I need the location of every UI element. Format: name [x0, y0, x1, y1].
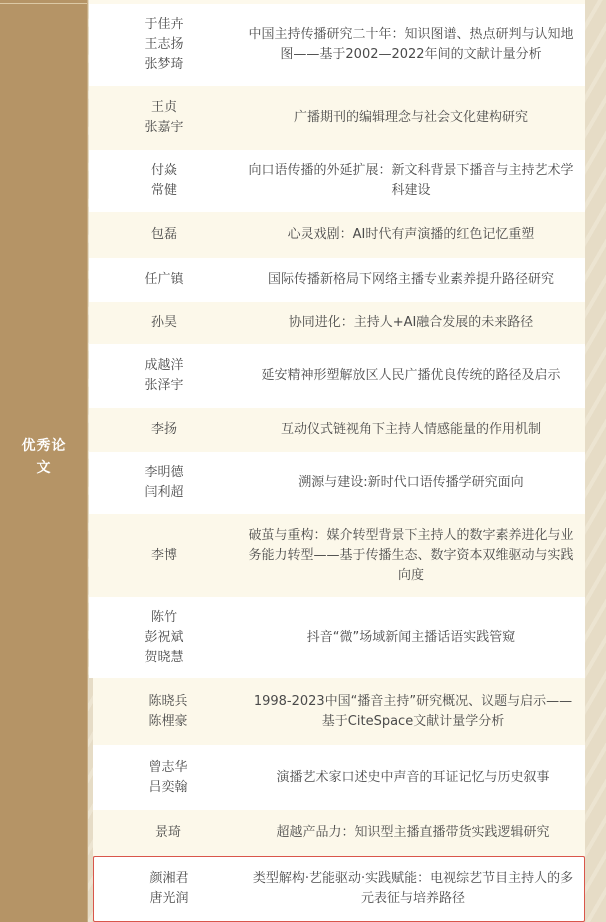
- paper-title: 抖音“微”场域新闻主播话语实践管窥: [239, 628, 585, 648]
- authors-cell: 成越洋 张泽宇: [89, 356, 239, 396]
- paper-title: 中国主持传播研究二十年：知识图谱、热点研判与认知地图——基于2002—2022年…: [239, 25, 585, 65]
- paper-title: 心灵戏剧：AI时代有声演播的红色记忆重塑: [239, 225, 585, 245]
- author-name: 李博: [89, 546, 239, 566]
- authors-cell: 任广镇: [89, 270, 239, 290]
- author-name: 陈梩豪: [93, 712, 243, 732]
- paper-title: 类型解构·艺能驱动·实践赋能：电视综艺节目主持人的多元表征与培养路径: [244, 869, 584, 909]
- paper-title: 国际传播新格局下网络主播专业素养提升路径研究: [239, 270, 585, 290]
- author-name: 曾志华: [93, 758, 243, 778]
- author-name: 李明德: [89, 463, 239, 483]
- paper-title: 超越产品力：知识型主播直播带货实践逻辑研究: [243, 823, 585, 843]
- paper-title: 1998-2023中国“播音主持”研究概况、议题与启示——基于CiteSpace…: [243, 692, 585, 732]
- author-name: 包磊: [89, 225, 239, 245]
- table-row: 曾志华 吕奕翰 演播艺术家口述史中声音的耳证记忆与历史叙事: [93, 745, 585, 810]
- paper-title: 演播艺术家口述史中声音的耳证记忆与历史叙事: [243, 768, 585, 788]
- paper-title: 向口语传播的外延扩展：新文科背景下播音与主持艺术学科建设: [239, 161, 585, 201]
- divider: [0, 3, 88, 4]
- authors-cell: 于佳卉 王志扬 张梦琦: [89, 15, 239, 75]
- author-name: 景琦: [93, 823, 243, 843]
- authors-cell: 颜湘君 唐光润: [94, 869, 244, 909]
- author-name: 陈竹: [89, 608, 239, 628]
- author-name: 付焱: [89, 161, 239, 181]
- author-name: 李扬: [89, 420, 239, 440]
- author-name: 张嘉宇: [89, 118, 239, 138]
- paper-title: 溯源与建设:新时代口语传播学研究面向: [239, 473, 585, 493]
- paper-title: 广播期刊的编辑理念与社会文化建构研究: [239, 108, 585, 128]
- paper-title: 延安精神形塑解放区人民广播优良传统的路径及启示: [239, 366, 585, 386]
- table-row: 李扬 互动仪式链视角下主持人情感能量的作用机制: [89, 408, 585, 452]
- category-cell: 优秀论文: [0, 0, 88, 922]
- table-row: 景琦 超越产品力：知识型主播直播带货实践逻辑研究: [93, 810, 585, 856]
- table-row: 孙昊 协同进化：主持人+AI融合发展的未来路径: [89, 302, 585, 344]
- author-name: 吕奕翰: [93, 778, 243, 798]
- author-name: 颜湘君: [94, 869, 244, 889]
- author-name: 陈晓兵: [93, 692, 243, 712]
- author-name: 孙昊: [89, 313, 239, 333]
- authors-cell: 李博: [89, 546, 239, 566]
- awards-table: 优秀论文 于佳卉 王志扬 张梦琦 中国主持传播研究二十年：知识图谱、热点研判与认…: [0, 0, 585, 922]
- author-name: 贺晓慧: [89, 648, 239, 668]
- authors-cell: 陈晓兵 陈梩豪: [93, 692, 243, 732]
- authors-cell: 李明德 闫利超: [89, 463, 239, 503]
- table-row: 李明德 闫利超 溯源与建设:新时代口语传播学研究面向: [89, 452, 585, 514]
- author-name: 于佳卉: [89, 15, 239, 35]
- table-row: 王贞 张嘉宇 广播期刊的编辑理念与社会文化建构研究: [89, 86, 585, 150]
- authors-cell: 王贞 张嘉宇: [89, 98, 239, 138]
- authors-cell: 包磊: [89, 225, 239, 245]
- authors-cell: 曾志华 吕奕翰: [93, 758, 243, 798]
- author-name: 张梦琦: [89, 55, 239, 75]
- author-name: 闫利超: [89, 483, 239, 503]
- author-name: 王志扬: [89, 35, 239, 55]
- authors-cell: 孙昊: [89, 313, 239, 333]
- table-row-highlighted: 颜湘君 唐光润 类型解构·艺能驱动·实践赋能：电视综艺节目主持人的多元表征与培养…: [93, 856, 585, 922]
- author-name: 彭祝斌: [89, 628, 239, 648]
- paper-title: 互动仪式链视角下主持人情感能量的作用机制: [239, 420, 585, 440]
- table-row: 李博 破茧与重构：媒介转型背景下主持人的数字素养进化与业务能力转型——基于传播生…: [89, 514, 585, 597]
- table-row: 包磊 心灵戏剧：AI时代有声演播的红色记忆重塑: [89, 212, 585, 258]
- author-name: 成越洋: [89, 356, 239, 376]
- author-name: 唐光润: [94, 889, 244, 909]
- table-row: 成越洋 张泽宇 延安精神形塑解放区人民广播优良传统的路径及启示: [89, 344, 585, 408]
- authors-cell: 景琦: [93, 823, 243, 843]
- category-label: 优秀论文: [19, 435, 69, 479]
- table-row: 于佳卉 王志扬 张梦琦 中国主持传播研究二十年：知识图谱、热点研判与认知地图——…: [89, 4, 585, 86]
- author-name: 张泽宇: [89, 376, 239, 396]
- table-body-upper: 于佳卉 王志扬 张梦琦 中国主持传播研究二十年：知识图谱、热点研判与认知地图——…: [89, 0, 585, 678]
- authors-cell: 付焱 常健: [89, 161, 239, 201]
- table-body-lower: 陈晓兵 陈梩豪 1998-2023中国“播音主持”研究概况、议题与启示——基于C…: [93, 678, 585, 922]
- table-row: 陈竹 彭祝斌 贺晓慧 抖音“微”场域新闻主播话语实践管窥: [89, 597, 585, 678]
- divider: [87, 0, 88, 922]
- table-row: 任广镇 国际传播新格局下网络主播专业素养提升路径研究: [89, 258, 585, 302]
- table-row: 付焱 常健 向口语传播的外延扩展：新文科背景下播音与主持艺术学科建设: [89, 150, 585, 212]
- author-name: 王贞: [89, 98, 239, 118]
- table-row: 陈晓兵 陈梩豪 1998-2023中国“播音主持”研究概况、议题与启示——基于C…: [93, 678, 585, 745]
- author-name: 任广镇: [89, 270, 239, 290]
- paper-title: 协同进化：主持人+AI融合发展的未来路径: [239, 313, 585, 333]
- authors-cell: 陈竹 彭祝斌 贺晓慧: [89, 608, 239, 668]
- paper-title: 破茧与重构：媒介转型背景下主持人的数字素养进化与业务能力转型——基于传播生态、数…: [239, 526, 585, 586]
- author-name: 常健: [89, 181, 239, 201]
- authors-cell: 李扬: [89, 420, 239, 440]
